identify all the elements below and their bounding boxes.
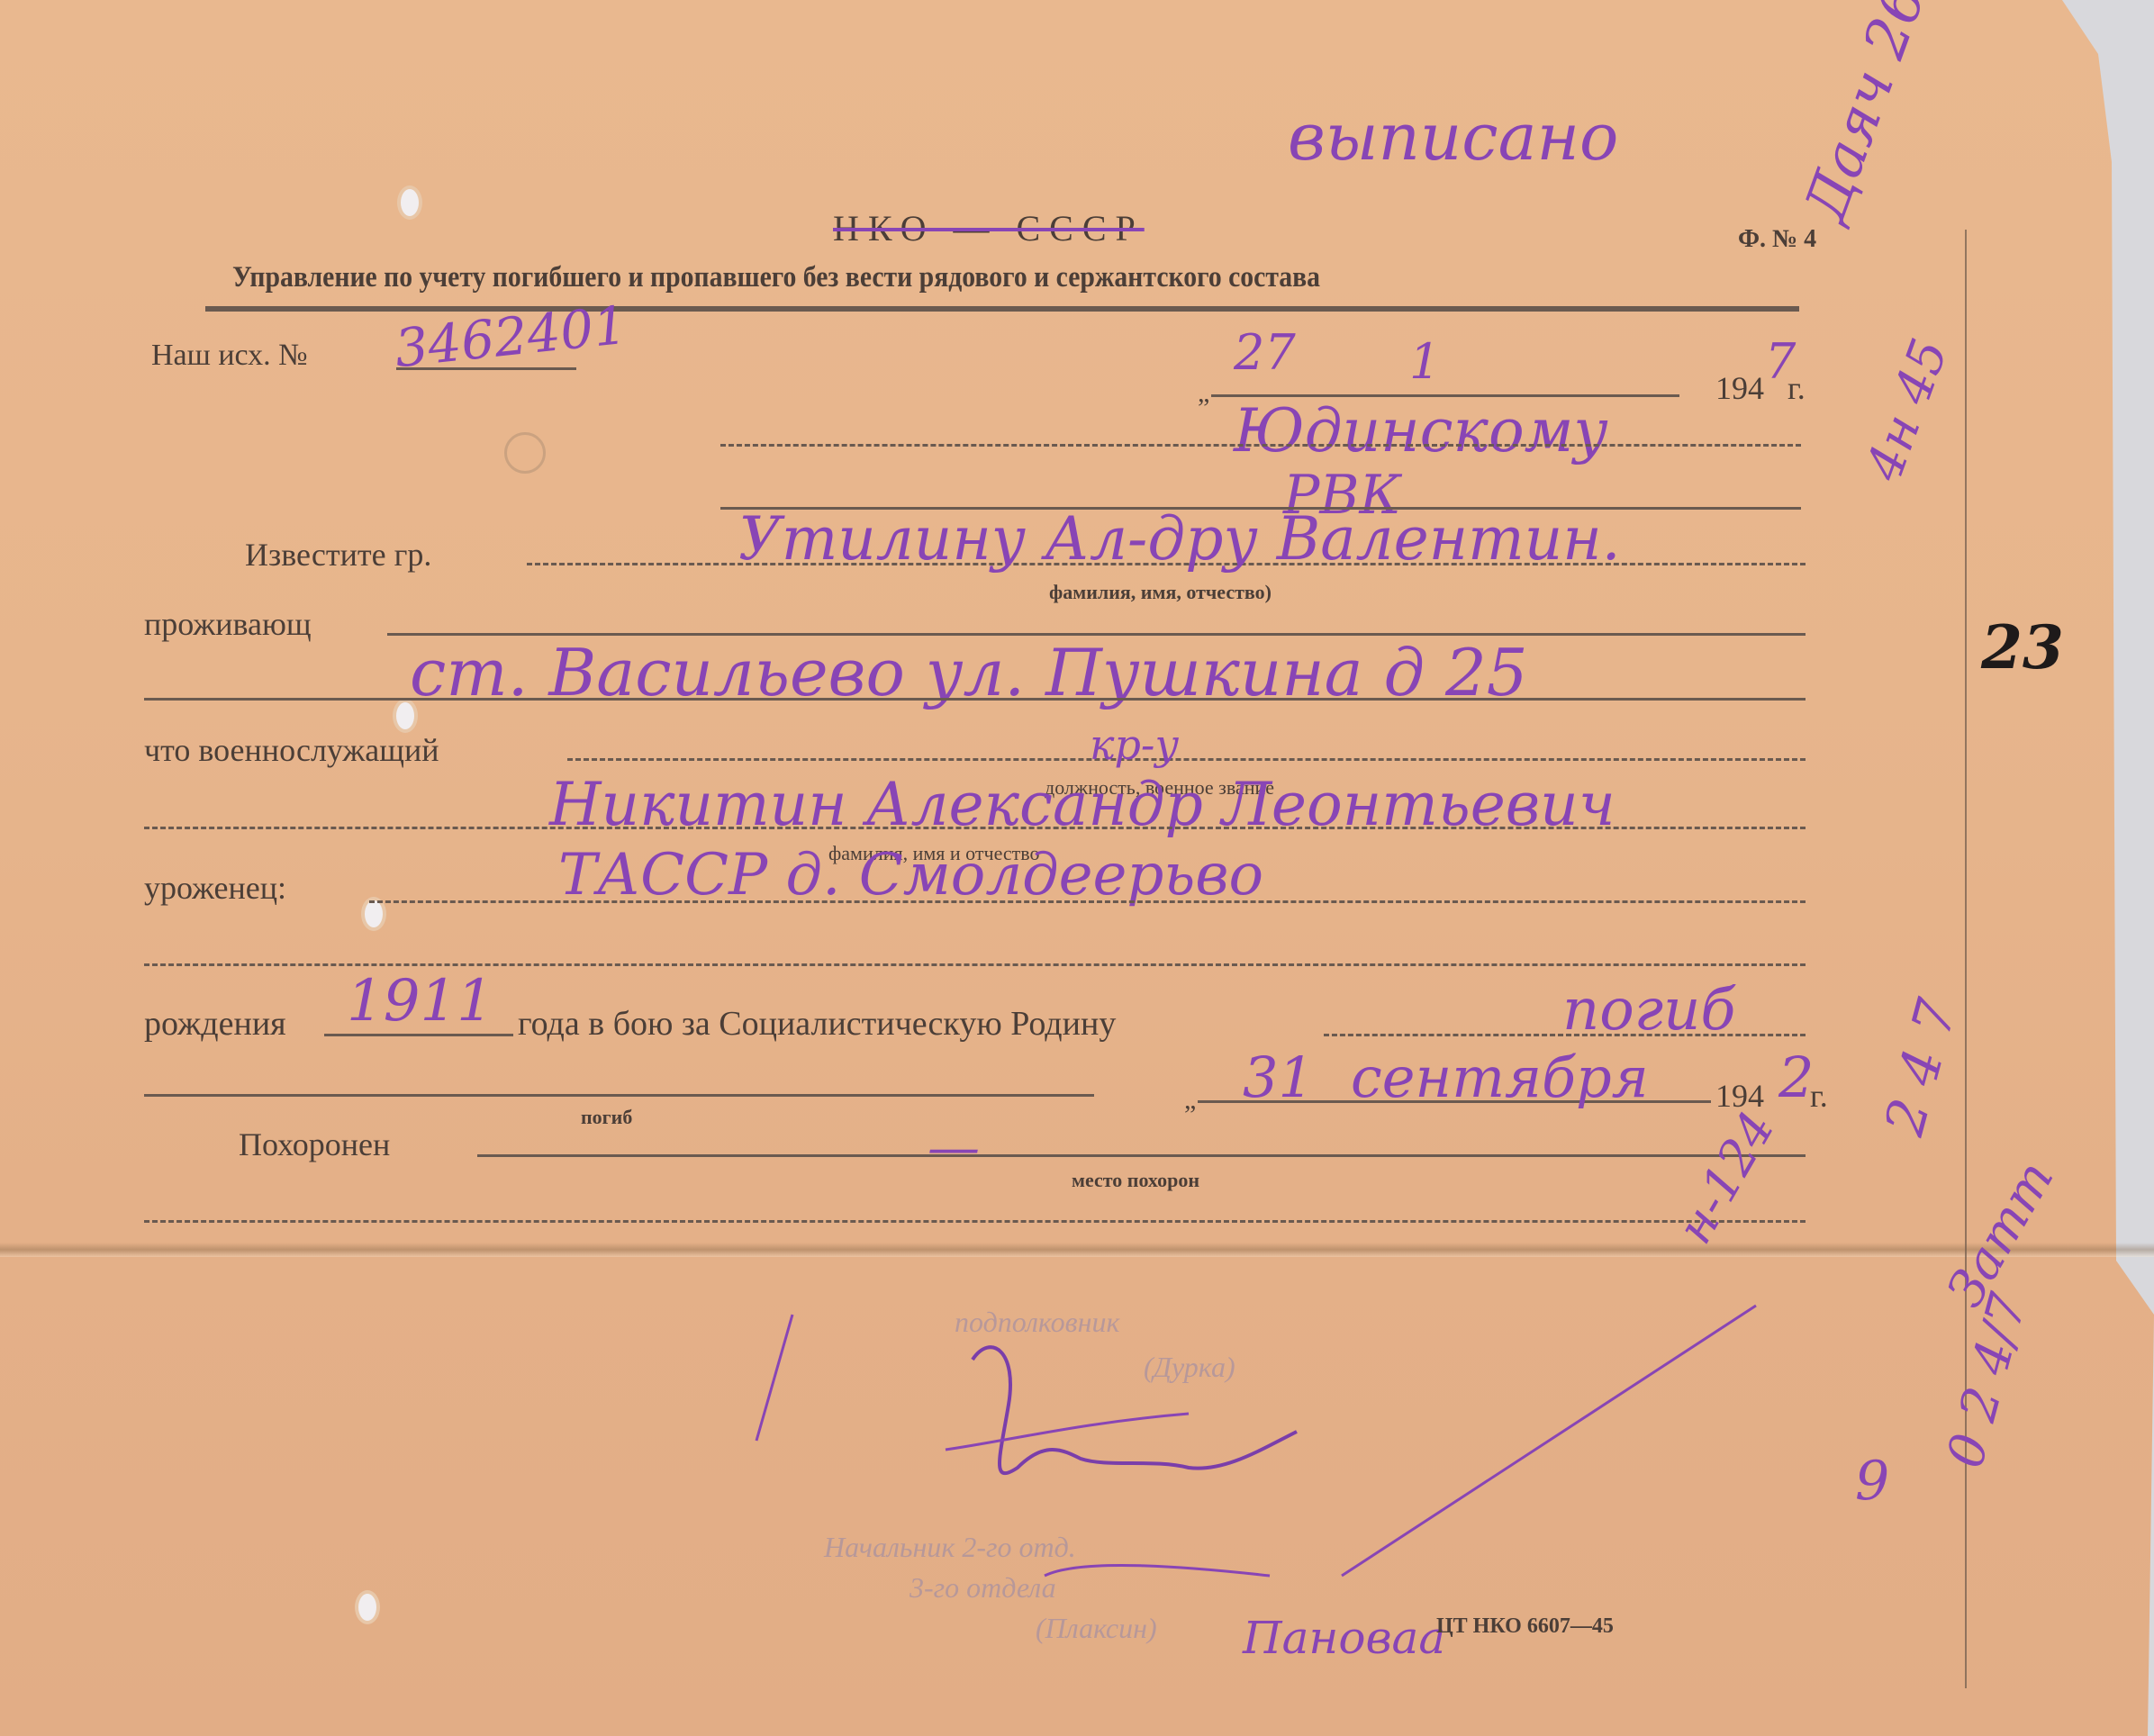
burial-underline-2 bbox=[144, 1220, 1806, 1223]
signature-panova: Пановаа bbox=[1243, 1612, 1445, 1664]
notify-caption: фамилия, имя, отчество) bbox=[1049, 581, 1272, 604]
serviceman-label: что военнослужащий bbox=[144, 731, 439, 769]
birth-status: погиб bbox=[1562, 977, 1735, 1044]
org-struck: НКО — СССР bbox=[833, 207, 1145, 249]
signature-marks bbox=[720, 1279, 1801, 1666]
form-number: Ф. № 4 bbox=[1738, 225, 1816, 254]
burial-value: — bbox=[928, 1117, 980, 1178]
serviceman-rank: кр-у bbox=[1090, 720, 1179, 769]
burial-underline bbox=[477, 1154, 1806, 1157]
birth-label-rest: года в бою за Социалистическую Родину bbox=[518, 1004, 1116, 1044]
death-month: сентября bbox=[1351, 1044, 1649, 1110]
margin-number-23: 23 bbox=[1981, 612, 2064, 683]
recipient-underline-1 bbox=[720, 444, 1801, 447]
death-year-label: г. bbox=[1810, 1077, 1828, 1115]
date-year-label: г. bbox=[1787, 369, 1806, 407]
burial-caption: место похорон bbox=[1072, 1169, 1199, 1192]
notify-value: Утилину Ал-дру Валентин. bbox=[738, 504, 1621, 574]
birth-label: рождения bbox=[144, 1004, 286, 1044]
date-year-prefix: 194 bbox=[1715, 369, 1764, 407]
punch-hole bbox=[365, 900, 383, 927]
stamp-circle-mark bbox=[504, 432, 546, 474]
punch-hole bbox=[358, 1594, 376, 1621]
recipient-line1: Юдинскому bbox=[1234, 396, 1608, 466]
residing-label: проживающ bbox=[144, 605, 312, 643]
burial-label: Похоронен bbox=[239, 1126, 390, 1163]
residing-underline-2 bbox=[144, 698, 1806, 701]
name-underline bbox=[144, 827, 1806, 829]
handwritten-vypisano: выписано bbox=[1288, 99, 1618, 175]
header-rule bbox=[205, 306, 1799, 312]
native-underline-2 bbox=[144, 963, 1806, 966]
date-month: 1 bbox=[1409, 333, 1440, 390]
death-year-suffix: 2 bbox=[1778, 1044, 1814, 1110]
native-value: ТАССР д. Смолдеерьво bbox=[558, 842, 1263, 909]
date-quote: „ bbox=[1198, 378, 1209, 409]
notify-label: Известите гр. bbox=[245, 536, 431, 574]
serviceman-underline bbox=[567, 758, 1806, 761]
margin-note-circle: 9 bbox=[1855, 1450, 1889, 1513]
punch-hole bbox=[401, 189, 419, 216]
outgoing-label: Наш исх. № bbox=[151, 339, 308, 373]
death-caption: погиб bbox=[581, 1106, 632, 1129]
death-day: 31 bbox=[1243, 1044, 1314, 1110]
date-day: 27 bbox=[1234, 324, 1296, 381]
margin-rule bbox=[1965, 230, 1967, 1688]
native-underline-1 bbox=[369, 900, 1806, 903]
native-label: уроженец: bbox=[144, 869, 286, 907]
paper-fold bbox=[0, 1243, 2154, 1257]
department-title: Управление по учету погибшего и пропавше… bbox=[232, 261, 1320, 294]
death-underline-left bbox=[144, 1094, 1094, 1097]
death-date-quote: „ bbox=[1184, 1085, 1196, 1116]
birth-year: 1911 bbox=[347, 968, 493, 1035]
print-code: ЦТ НКО 6607—45 bbox=[1436, 1614, 1614, 1639]
